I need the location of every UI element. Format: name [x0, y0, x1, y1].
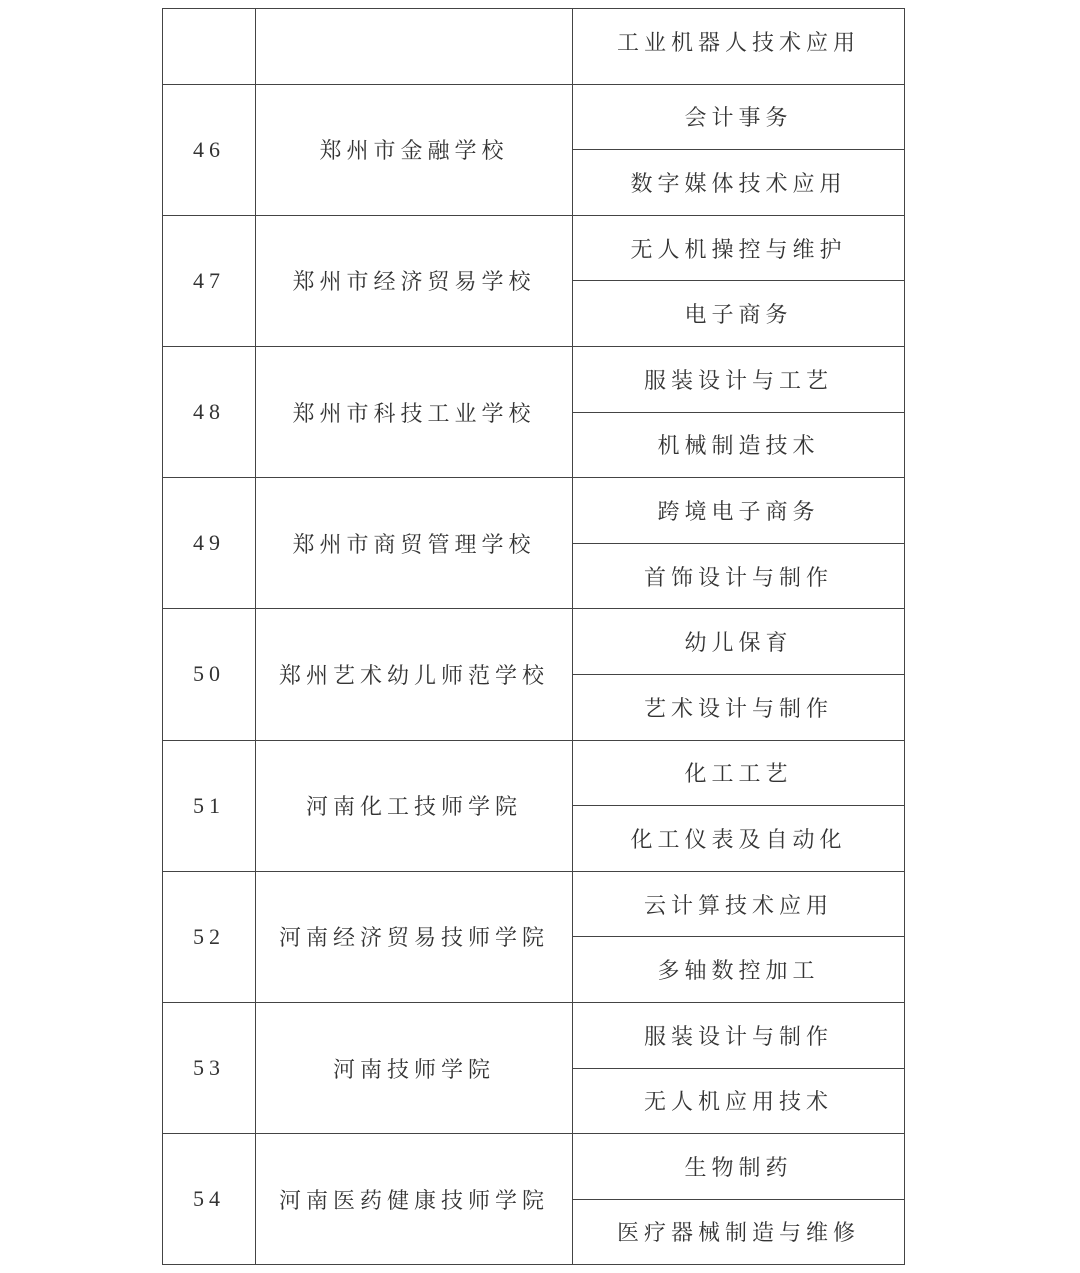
row-number-cell — [163, 9, 256, 85]
school-name-cell: 郑州市商贸管理学校 — [256, 478, 573, 609]
school-name-cell: 郑州市经济贸易学校 — [256, 215, 573, 346]
school-name-cell: 河南医药健康技师学院 — [256, 1134, 573, 1265]
major-cell: 首饰设计与制作 — [573, 543, 905, 609]
table-row: 47郑州市经济贸易学校无人机操控与维护 — [163, 215, 905, 281]
table-row: 52河南经济贸易技师学院云计算技术应用 — [163, 871, 905, 937]
major-cell: 无人机操控与维护 — [573, 215, 905, 281]
table-row: 46郑州市金融学校会计事务 — [163, 84, 905, 150]
school-name-cell — [256, 9, 573, 85]
school-name-cell: 河南技师学院 — [256, 1002, 573, 1133]
major-cell: 电子商务 — [573, 281, 905, 347]
school-major-table: 工业机器人技术应用 46郑州市金融学校会计事务数字媒体技术应用47郑州市经济贸易… — [162, 8, 905, 1265]
table-row: 49郑州市商贸管理学校跨境电子商务 — [163, 478, 905, 544]
major-cell: 会计事务 — [573, 84, 905, 150]
major-cell: 医疗器械制造与维修 — [573, 1199, 905, 1265]
table-row-continuation: 工业机器人技术应用 — [163, 9, 905, 85]
table-row: 48郑州市科技工业学校服装设计与工艺 — [163, 346, 905, 412]
major-cell: 艺术设计与制作 — [573, 674, 905, 740]
table-row: 54河南医药健康技师学院生物制药 — [163, 1134, 905, 1200]
major-cell: 服装设计与工艺 — [573, 346, 905, 412]
row-number-cell: 49 — [163, 478, 256, 609]
major-cell: 跨境电子商务 — [573, 478, 905, 544]
row-number-cell: 51 — [163, 740, 256, 871]
row-number-cell: 48 — [163, 346, 256, 477]
row-number-cell: 50 — [163, 609, 256, 740]
table-row: 53河南技师学院服装设计与制作 — [163, 1002, 905, 1068]
major-cell: 云计算技术应用 — [573, 871, 905, 937]
row-number-cell: 52 — [163, 871, 256, 1002]
row-number-cell: 46 — [163, 84, 256, 215]
row-number-cell: 53 — [163, 1002, 256, 1133]
school-name-cell: 郑州市金融学校 — [256, 84, 573, 215]
major-cell: 生物制药 — [573, 1134, 905, 1200]
major-cell: 化工仪表及自动化 — [573, 806, 905, 872]
school-name-cell: 河南经济贸易技师学院 — [256, 871, 573, 1002]
row-number-cell: 54 — [163, 1134, 256, 1265]
row-number-cell: 47 — [163, 215, 256, 346]
major-cell: 幼儿保育 — [573, 609, 905, 675]
major-cell: 工业机器人技术应用 — [573, 9, 905, 85]
major-cell: 多轴数控加工 — [573, 937, 905, 1003]
major-cell: 机械制造技术 — [573, 412, 905, 478]
major-cell: 数字媒体技术应用 — [573, 150, 905, 216]
school-name-cell: 郑州市科技工业学校 — [256, 346, 573, 477]
table-row: 51河南化工技师学院化工工艺 — [163, 740, 905, 806]
school-name-cell: 郑州艺术幼儿师范学校 — [256, 609, 573, 740]
table-row: 50郑州艺术幼儿师范学校幼儿保育 — [163, 609, 905, 675]
school-name-cell: 河南化工技师学院 — [256, 740, 573, 871]
major-cell: 服装设计与制作 — [573, 1002, 905, 1068]
major-cell: 无人机应用技术 — [573, 1068, 905, 1134]
major-cell: 化工工艺 — [573, 740, 905, 806]
